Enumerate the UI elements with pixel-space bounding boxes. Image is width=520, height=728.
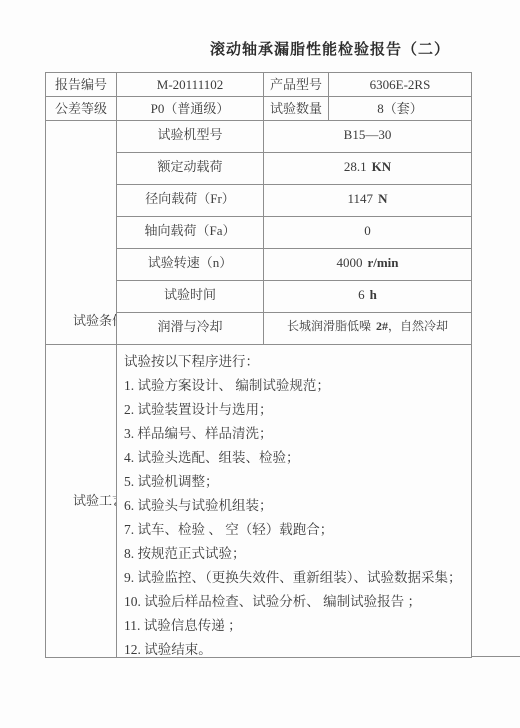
tolerance-grade-label: 公差等级	[46, 97, 117, 121]
test-speed-label: 试验转速（n）	[117, 249, 264, 281]
test-speed-value-text: 4000	[336, 255, 362, 271]
procedure-step-1: 1. 试验方案设计、 编制试验规范；	[124, 374, 467, 398]
test-conditions-section: 试验条件	[46, 121, 117, 345]
procedure-step-4: 4. 试验头选配、组装、检验；	[124, 446, 467, 470]
procedure-intro: 试验按以下程序进行：	[124, 350, 467, 374]
product-model-label: 产品型号	[264, 73, 329, 97]
procedure-step-5: 5. 试验机调整；	[124, 470, 467, 494]
lubrication-cooling-value-text: 长城润滑脂低噪	[287, 319, 371, 333]
product-model-value: 6306E-2RS	[329, 73, 471, 97]
table-bottom-border-extension	[471, 656, 520, 657]
report-no-value: M-20111102	[117, 73, 264, 97]
radial-load-value-text: 1147	[348, 191, 374, 207]
tolerance-grade-value: P0（普通级）	[117, 97, 264, 121]
procedure-step-8: 8. 按规范正式试验；	[124, 542, 467, 566]
radial-load-unit: N	[378, 191, 387, 207]
report-title: 滚动轴承漏脂性能检验报告（二）	[0, 38, 520, 59]
procedure-step-11: 11. 试验信息传递 ；	[124, 614, 467, 638]
procedure-step-6: 6. 试验头与试验机组装；	[124, 494, 467, 518]
test-duration-value: 6h	[264, 281, 471, 313]
test-speed-unit: r/min	[367, 255, 398, 271]
test-speed-value: 4000r/min	[264, 249, 471, 281]
test-duration-value-text: 6	[358, 287, 365, 303]
machine-model-value: B15—30	[264, 121, 471, 153]
axial-load-value: 0	[264, 217, 471, 249]
test-quantity-label: 试验数量	[264, 97, 329, 121]
rated-dynamic-load-unit: KN	[372, 159, 392, 175]
lubrication-cooling-label: 润滑与冷却	[117, 313, 264, 345]
radial-load-label: 径向载荷（Fr）	[117, 185, 264, 217]
procedure-step-3: 3. 样品编号、样品清洗；	[124, 422, 467, 446]
report-no-label: 报告编号	[46, 73, 117, 97]
rated-dynamic-load-value-text: 28.1	[344, 159, 367, 175]
rated-dynamic-load-value: 28.1KN	[264, 153, 471, 185]
document-page: 滚动轴承漏脂性能检验报告（二） 报告编号 M-20111102 产品型号 630…	[0, 0, 520, 728]
test-procedure-content: 试验按以下程序进行： 1. 试验方案设计、 编制试验规范； 2. 试验装置设计与…	[117, 345, 471, 657]
machine-model-label: 试验机型号	[117, 121, 264, 153]
test-process-section: 试验工艺流程	[46, 345, 117, 657]
procedure-step-9: 9. 试验监控、（更换失效件、重新组装）、试验数据采集；	[124, 566, 467, 590]
report-table: 报告编号 M-20111102 产品型号 6306E-2RS 公差等级 P0（普…	[45, 72, 472, 658]
test-duration-unit: h	[370, 287, 377, 303]
lubrication-cooling-suffix: ，自然冷却	[388, 319, 448, 333]
test-conditions-section-title: 试验条件	[73, 305, 89, 337]
test-duration-label: 试验时间	[117, 281, 264, 313]
machine-model-value-text: B15—30	[344, 127, 392, 143]
axial-load-label: 轴向载荷（Fa）	[117, 217, 264, 249]
procedure-step-10: 10. 试验后样品检查、试验分析、 编制试验报告 ；	[124, 590, 467, 614]
lubrication-cooling-value: 长城润滑脂低噪2#，自然冷却	[264, 313, 471, 345]
lubrication-cooling-unit: 2#	[376, 319, 388, 333]
procedure-step-7: 7. 试车、检验 、 空（轻）载跑合；	[124, 518, 467, 542]
test-process-section-title: 试验工艺流程	[73, 485, 89, 517]
radial-load-value: 1147N	[264, 185, 471, 217]
rated-dynamic-load-label: 额定动载荷	[117, 153, 264, 185]
procedure-step-12: 12. 试验结束。	[124, 638, 467, 657]
procedure-step-2: 2. 试验装置设计与选用；	[124, 398, 467, 422]
test-quantity-value: 8（套）	[329, 97, 471, 121]
axial-load-value-text: 0	[364, 223, 371, 239]
